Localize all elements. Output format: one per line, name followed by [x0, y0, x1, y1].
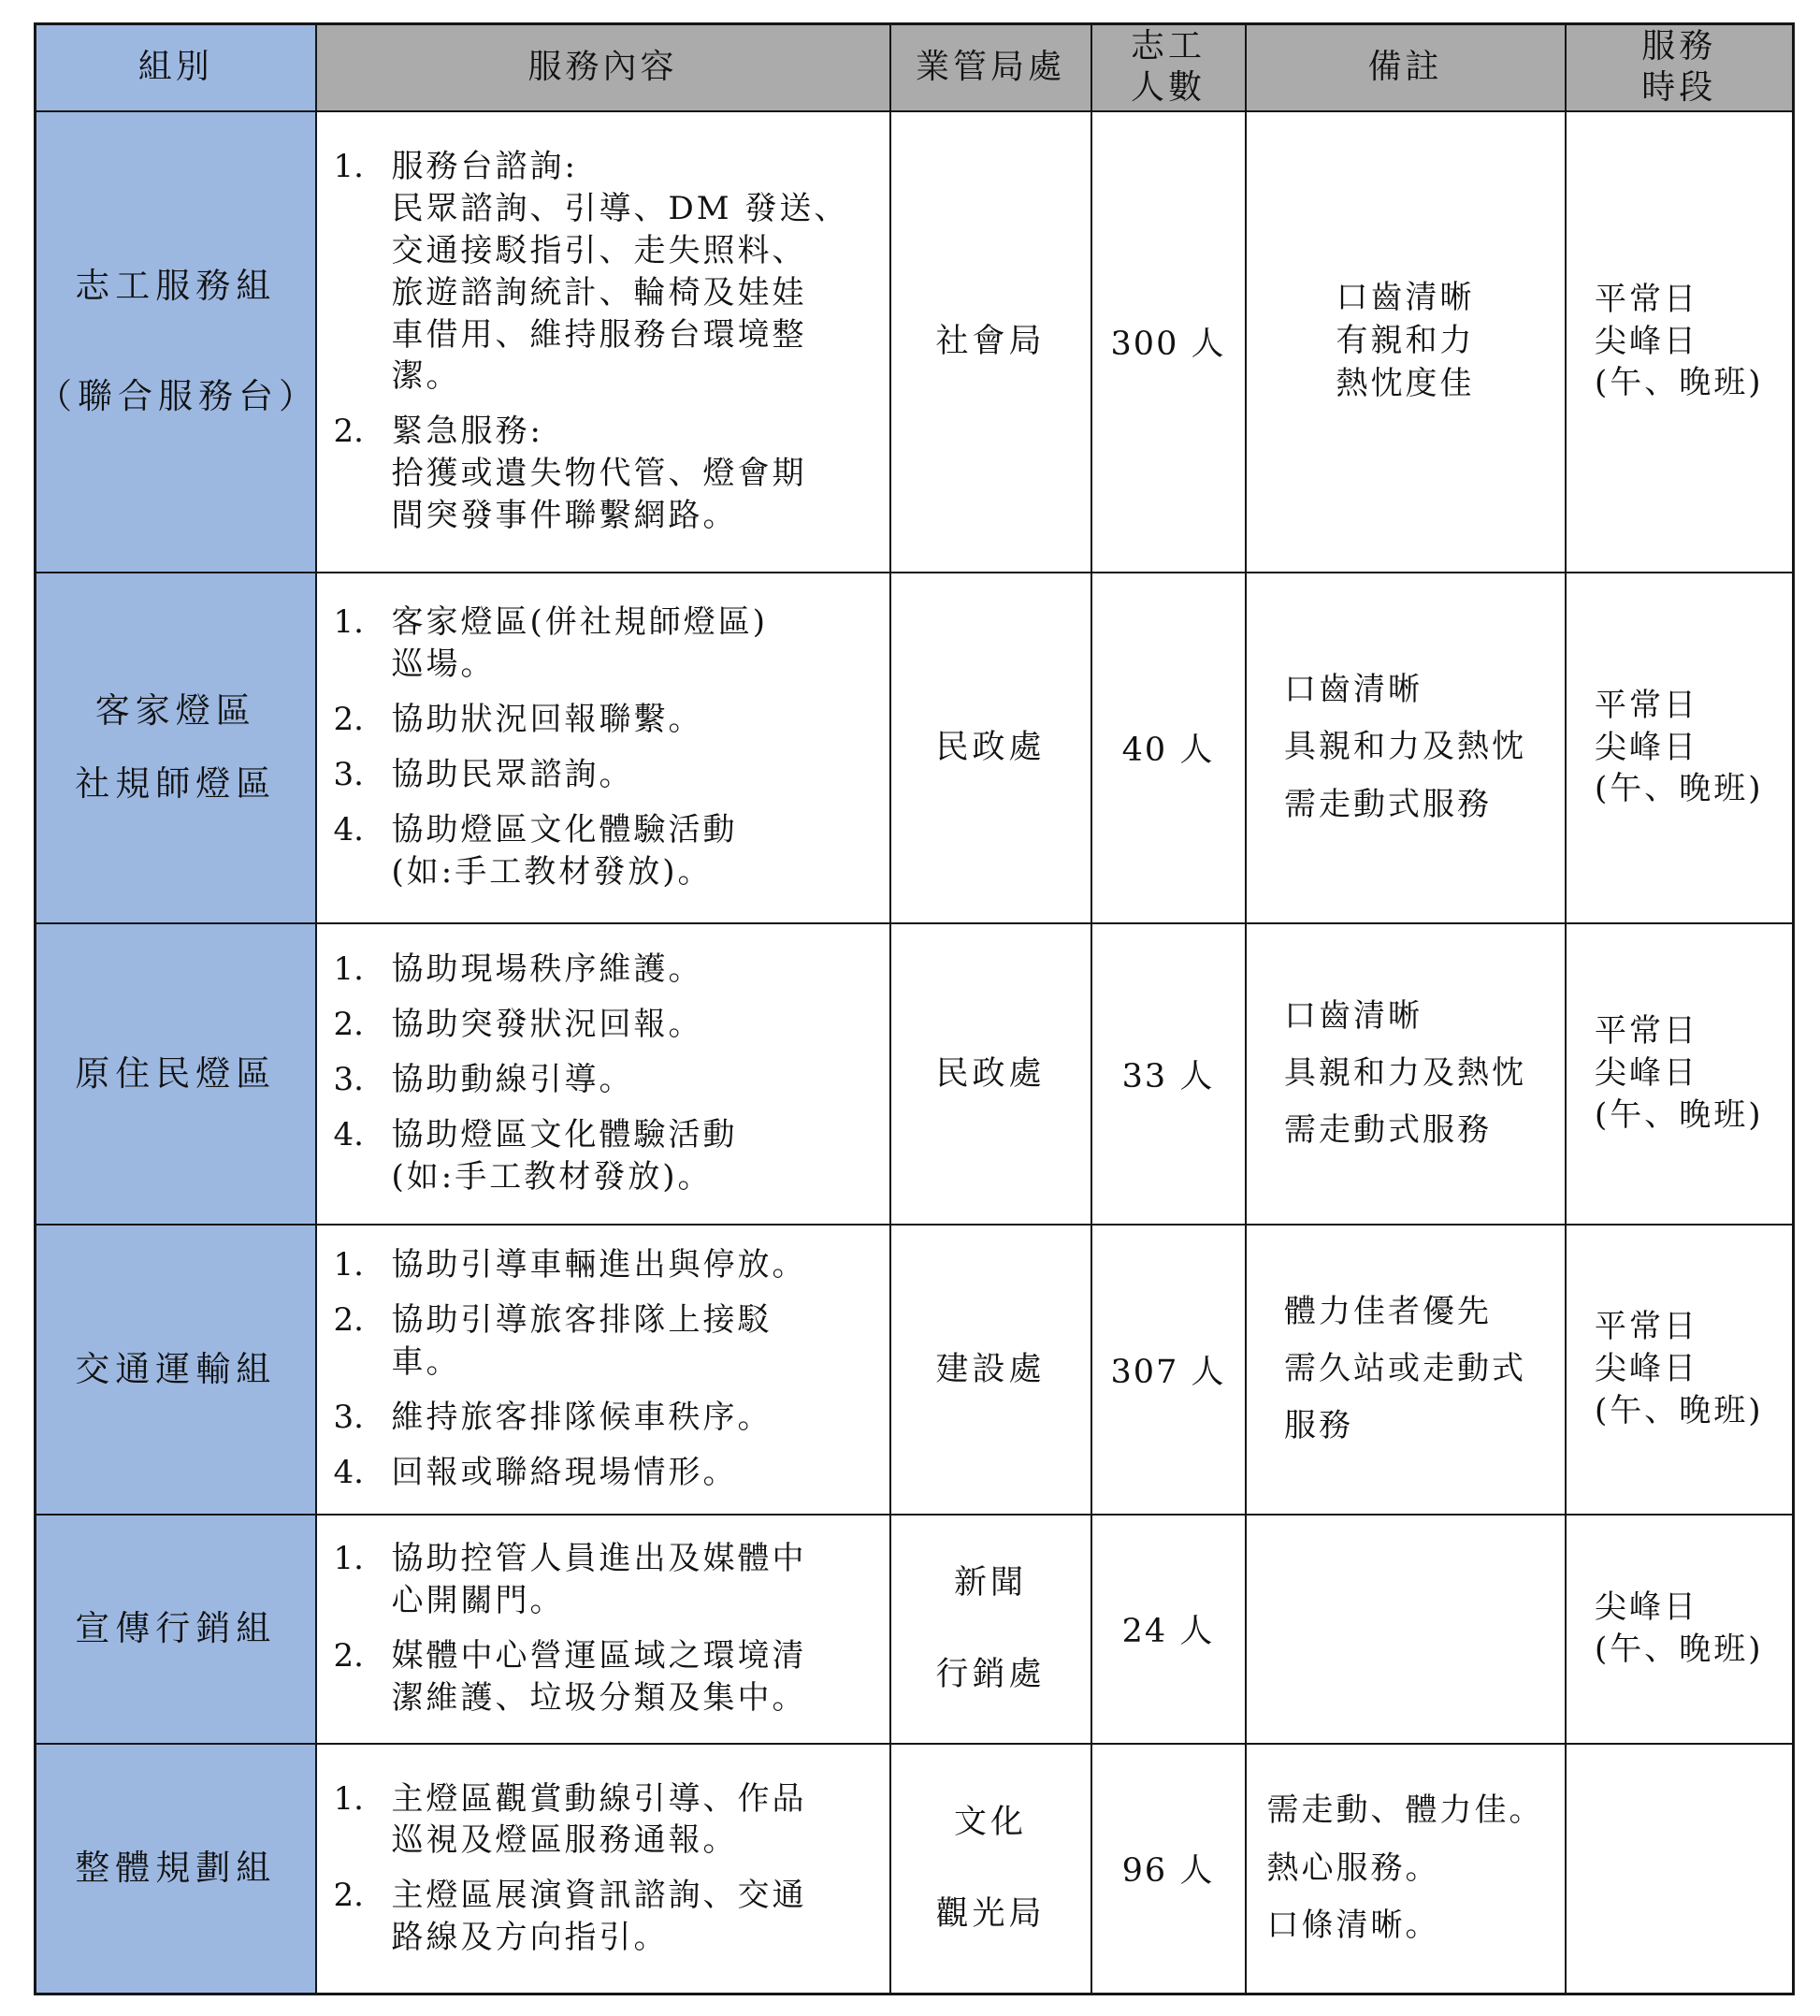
remarks-text: 口齒清晰 具親和力及熱忱 需走動式服務 [1284, 988, 1526, 1160]
service-item: 2.緊急服務: 拾獲或遺失物代管、燈會期 間突發事件聯繫網路。 [334, 411, 884, 537]
service-item-text: 協助控管人員進出及媒體中 心開關門。 [392, 1538, 884, 1622]
service-item-number: 1. [334, 949, 379, 991]
service-item-number: 2. [334, 1299, 379, 1342]
service-item: 1.協助引導車輛進出與停放。 [334, 1244, 884, 1286]
services-cell: 1.協助引導車輛進出與停放。 2.協助引導旅客排隊上接駁 車。 3.維持旅客排隊… [316, 1225, 890, 1515]
table-row: 客家燈區 社規師燈區 1.客家燈區(併社規師燈區) 巡場。 2.協助狀況回報聯繫… [36, 573, 1794, 923]
remarks-text: 口齒清晰 具親和力及熱忱 需走動式服務 [1284, 661, 1526, 834]
period-text: 平常日 尖峰日 (午、晚班) [1595, 279, 1764, 405]
group-cell: 交通運輸組 [36, 1225, 316, 1515]
table-row: 整體規劃組 1.主燈區觀賞動線引導、作品 巡視及燈區服務通報。 2.主燈區展演資… [36, 1744, 1794, 1994]
service-item: 3.協助動線引導。 [334, 1059, 884, 1101]
remarks-cell: 口齒清晰 有親和力 熱忱度佳 [1246, 111, 1566, 573]
col-header-count: 志工 人數 [1091, 24, 1246, 111]
service-item: 1.服務台諮詢: 民眾諮詢、引導、DM 發送、 交通接駁指引、走失照料、 旅遊諮… [334, 146, 884, 398]
col-header-remarks: 備註 [1246, 24, 1566, 111]
remarks-text: 體力佳者優先 需久站或走動式 服務 [1284, 1284, 1526, 1456]
period-text: 尖峰日 (午、晚班) [1595, 1587, 1764, 1671]
service-item-text: 協助民眾諮詢。 [392, 754, 884, 796]
bureau-cell: 民政處 [890, 573, 1091, 923]
period-cell: 尖峰日 (午、晚班) [1566, 1515, 1794, 1744]
period-cell [1566, 1744, 1794, 1994]
col-header-group: 組別 [36, 24, 316, 111]
service-item: 2.協助引導旅客排隊上接駁 車。 [334, 1299, 884, 1384]
table-row: 宣傳行銷組 1.協助控管人員進出及媒體中 心開關門。 2.媒體中心營運區域之環境… [36, 1515, 1794, 1744]
count-cell: 24 人 [1091, 1515, 1246, 1744]
service-item-number: 2. [334, 699, 379, 741]
group-cell: 原住民燈區 [36, 923, 316, 1225]
remarks-text: 口齒清晰 有親和力 熱忱度佳 [1336, 277, 1475, 406]
period-cell: 平常日 尖峰日 (午、晚班) [1566, 1225, 1794, 1515]
service-item-number: 3. [334, 1397, 379, 1439]
count-cell: 40 人 [1091, 573, 1246, 923]
col-header-service: 服務內容 [316, 24, 890, 111]
header-row: 組別 服務內容 業管局處 志工 人數 備註 服務 時段 [36, 24, 1794, 111]
service-item-text: 主燈區展演資訊諮詢、交通 路線及方向指引。 [392, 1875, 884, 1959]
period-text: 平常日 尖峰日 (午、晚班) [1595, 1306, 1764, 1432]
service-item: 4.回報或聯絡現場情形。 [334, 1452, 884, 1494]
service-item: 2.主燈區展演資訊諮詢、交通 路線及方向指引。 [334, 1875, 884, 1959]
service-item: 1.主燈區觀賞動線引導、作品 巡視及燈區服務通報。 [334, 1778, 884, 1863]
service-item-text: 協助動線引導。 [392, 1059, 884, 1101]
service-item: 3.維持旅客排隊候車秩序。 [334, 1397, 884, 1439]
service-item: 2.協助狀況回報聯繫。 [334, 699, 884, 741]
col-header-bureau: 業管局處 [890, 24, 1091, 111]
service-item: 4.協助燈區文化體驗活動 (如:手工教材發放)。 [334, 1114, 884, 1198]
period-text: 平常日 尖峰日 (午、晚班) [1595, 685, 1764, 811]
table-row: 原住民燈區 1.協助現場秩序維護。 2.協助突發狀況回報。 3.協助動線引導。 … [36, 923, 1794, 1225]
col-header-period: 服務 時段 [1566, 24, 1794, 111]
remarks-text: 需走動、體力佳。 熱心服務。 口條清晰。 [1267, 1782, 1544, 1954]
service-item-text: 協助狀況回報聯繫。 [392, 699, 884, 741]
group-cell: 客家燈區 社規師燈區 [36, 573, 316, 923]
service-item-text: 緊急服務: 拾獲或遺失物代管、燈會期 間突發事件聯繫網路。 [392, 411, 884, 537]
service-item-text: 主燈區觀賞動線引導、作品 巡視及燈區服務通報。 [392, 1778, 884, 1863]
service-item-text: 客家燈區(併社規師燈區) 巡場。 [392, 602, 884, 686]
group-cell: 志工服務組 （聯合服務台） [36, 111, 316, 573]
table-row: 志工服務組 （聯合服務台） 1.服務台諮詢: 民眾諮詢、引導、DM 發送、 交通… [36, 111, 1794, 573]
service-item-number: 1. [334, 602, 379, 644]
service-item-text: 服務台諮詢: 民眾諮詢、引導、DM 發送、 交通接駁指引、走失照料、 旅遊諮詢統… [392, 146, 884, 398]
service-item-number: 4. [334, 809, 379, 851]
service-item-number: 2. [334, 1875, 379, 1917]
service-item-text: 維持旅客排隊候車秩序。 [392, 1397, 884, 1439]
service-item-text: 協助引導車輛進出與停放。 [392, 1244, 884, 1286]
service-item-text: 回報或聯絡現場情形。 [392, 1452, 884, 1494]
service-item-text: 協助引導旅客排隊上接駁 車。 [392, 1299, 884, 1384]
service-item: 1.客家燈區(併社規師燈區) 巡場。 [334, 602, 884, 686]
bureau-cell: 社會局 [890, 111, 1091, 573]
count-cell: 307 人 [1091, 1225, 1246, 1515]
service-item-number: 4. [334, 1452, 379, 1494]
period-cell: 平常日 尖峰日 (午、晚班) [1566, 111, 1794, 573]
bureau-cell: 建設處 [890, 1225, 1091, 1515]
remarks-cell: 需走動、體力佳。 熱心服務。 口條清晰。 [1246, 1744, 1566, 1994]
service-item-number: 2. [334, 1635, 379, 1677]
bureau-cell: 新聞 行銷處 [890, 1515, 1091, 1744]
group-cell: 宣傳行銷組 [36, 1515, 316, 1744]
service-item-number: 3. [334, 1059, 379, 1101]
service-item-number: 4. [334, 1114, 379, 1156]
services-cell: 1.服務台諮詢: 民眾諮詢、引導、DM 發送、 交通接駁指引、走失照料、 旅遊諮… [316, 111, 890, 573]
count-cell: 300 人 [1091, 111, 1246, 573]
services-cell: 1.協助現場秩序維護。 2.協助突發狀況回報。 3.協助動線引導。 4.協助燈區… [316, 923, 890, 1225]
service-item-text: 協助突發狀況回報。 [392, 1004, 884, 1046]
count-cell: 96 人 [1091, 1744, 1246, 1994]
volunteer-groups-table: 組別 服務內容 業管局處 志工 人數 備註 服務 時段 志工服務組 （聯合服務台… [34, 22, 1795, 1995]
service-item-number: 1. [334, 1778, 379, 1820]
period-cell: 平常日 尖峰日 (午、晚班) [1566, 573, 1794, 923]
remarks-cell: 口齒清晰 具親和力及熱忱 需走動式服務 [1246, 573, 1566, 923]
count-cell: 33 人 [1091, 923, 1246, 1225]
service-item-text: 媒體中心營運區域之環境清 潔維護、垃圾分類及集中。 [392, 1635, 884, 1719]
bureau-cell: 文化 觀光局 [890, 1744, 1091, 1994]
service-item: 2.媒體中心營運區域之環境清 潔維護、垃圾分類及集中。 [334, 1635, 884, 1719]
remarks-cell [1246, 1515, 1566, 1744]
service-item: 3.協助民眾諮詢。 [334, 754, 884, 796]
service-item-number: 2. [334, 1004, 379, 1046]
group-cell: 整體規劃組 [36, 1744, 316, 1994]
service-item: 2.協助突發狀況回報。 [334, 1004, 884, 1046]
service-item-number: 1. [334, 146, 379, 188]
period-text: 平常日 尖峰日 (午、晚班) [1595, 1010, 1764, 1137]
service-item-number: 3. [334, 754, 379, 796]
service-item: 4.協助燈區文化體驗活動 (如:手工教材發放)。 [334, 809, 884, 893]
services-cell: 1.主燈區觀賞動線引導、作品 巡視及燈區服務通報。 2.主燈區展演資訊諮詢、交通… [316, 1744, 890, 1994]
table-row: 交通運輸組 1.協助引導車輛進出與停放。 2.協助引導旅客排隊上接駁 車。 3.… [36, 1225, 1794, 1515]
remarks-cell: 口齒清晰 具親和力及熱忱 需走動式服務 [1246, 923, 1566, 1225]
services-cell: 1.協助控管人員進出及媒體中 心開關門。 2.媒體中心營運區域之環境清 潔維護、… [316, 1515, 890, 1744]
service-item-number: 1. [334, 1244, 379, 1286]
bureau-cell: 民政處 [890, 923, 1091, 1225]
services-cell: 1.客家燈區(併社規師燈區) 巡場。 2.協助狀況回報聯繫。 3.協助民眾諮詢。… [316, 573, 890, 923]
service-item-text: 協助燈區文化體驗活動 (如:手工教材發放)。 [392, 1114, 884, 1198]
service-item-number: 2. [334, 411, 379, 453]
service-item: 1.協助現場秩序維護。 [334, 949, 884, 991]
service-item-text: 協助燈區文化體驗活動 (如:手工教材發放)。 [392, 809, 884, 893]
period-cell: 平常日 尖峰日 (午、晚班) [1566, 923, 1794, 1225]
service-item: 1.協助控管人員進出及媒體中 心開關門。 [334, 1538, 884, 1622]
service-item-number: 1. [334, 1538, 379, 1580]
remarks-cell: 體力佳者優先 需久站或走動式 服務 [1246, 1225, 1566, 1515]
service-item-text: 協助現場秩序維護。 [392, 949, 884, 991]
